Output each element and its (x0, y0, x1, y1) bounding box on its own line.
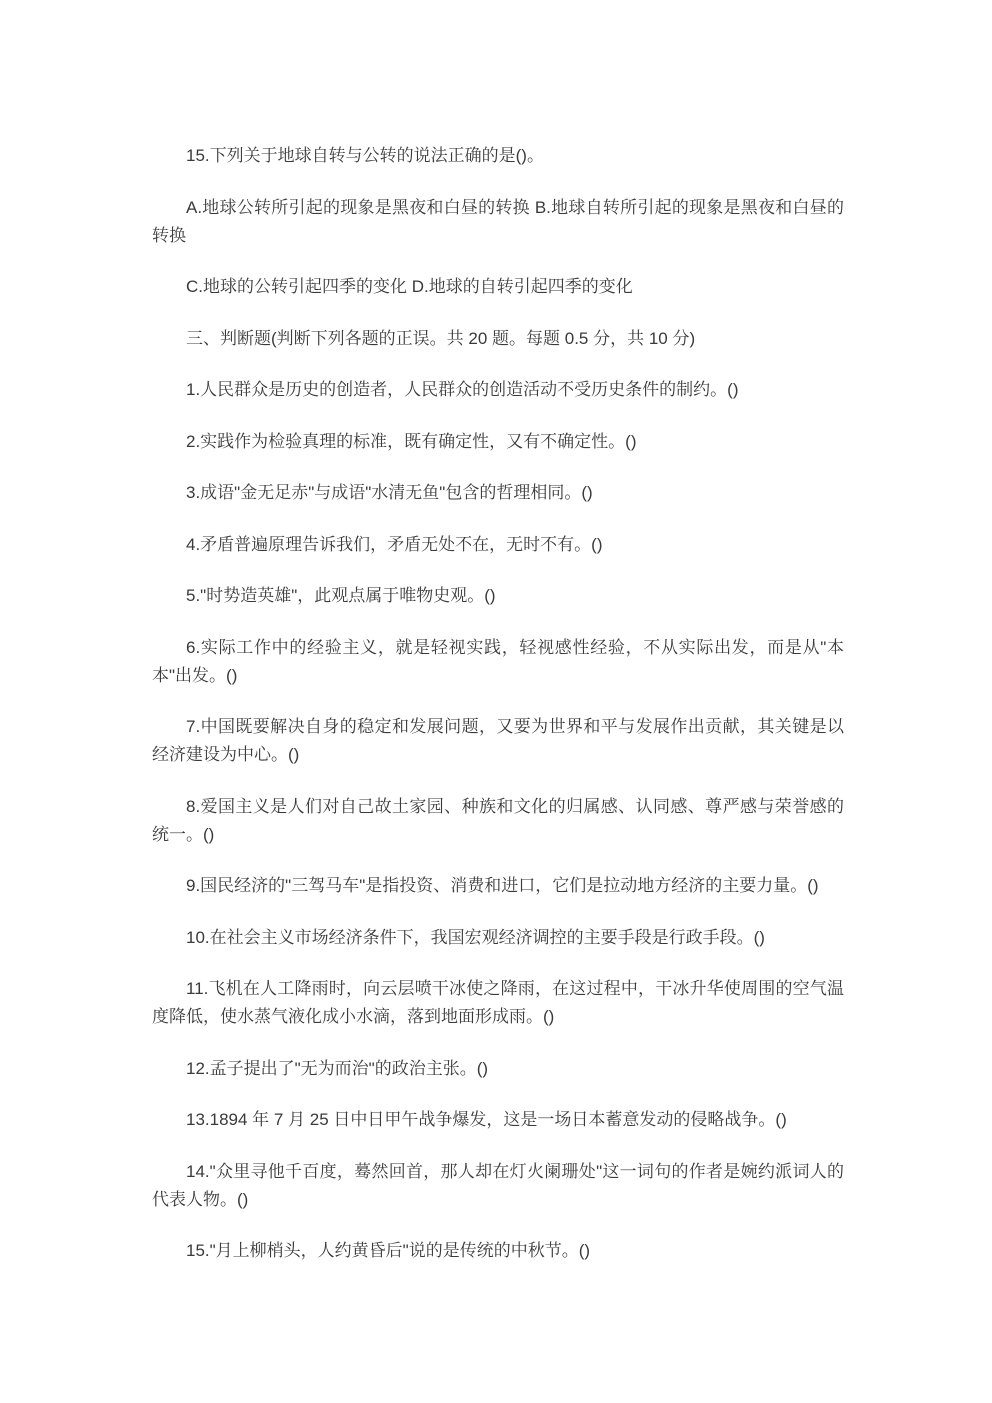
judgment-item-14: 14."众里寻他千百度，蓦然回首，那人却在灯火阑珊处"这一词句的作者是婉约派词人… (152, 1158, 844, 1214)
judgment-item-8: 8.爱国主义是人们对自己故土家园、种族和文化的归属感、认同感、尊严感与荣誉感的统… (152, 793, 844, 849)
mc-question-15-options-cd: C.地球的公转引起四季的变化 D.地球的自转引起四季的变化 (152, 273, 844, 301)
mc-question-15-stem: 15.下列关于地球自转与公转的说法正确的是()。 (152, 142, 844, 170)
judgment-item-2: 2.实践作为检验真理的标准，既有确定性，又有不确定性。() (152, 428, 844, 456)
document-page: 15.下列关于地球自转与公转的说法正确的是()。 A.地球公转所引起的现象是黑夜… (0, 0, 992, 1403)
mc-question-15-options-ab: A.地球公转所引起的现象是黑夜和白昼的转换 B.地球自转所引起的现象是黑夜和白昼… (152, 194, 844, 250)
judgment-item-6: 6.实际工作中的经验主义，就是轻视实践，轻视感性经验，不从实际出发，而是从"本本… (152, 634, 844, 690)
judgment-item-15: 15."月上柳梢头，人约黄昏后"说的是传统的中秋节。() (152, 1237, 844, 1265)
judgment-item-7: 7.中国既要解决自身的稳定和发展问题，又要为世界和平与发展作出贡献，其关键是以经… (152, 713, 844, 769)
judgment-item-11: 11.飞机在人工降雨时，向云层喷干冰使之降雨，在这过程中，干冰升华使周围的空气温… (152, 975, 844, 1031)
exam-text-block: 15.下列关于地球自转与公转的说法正确的是()。 A.地球公转所引起的现象是黑夜… (152, 142, 844, 1265)
judgment-item-3: 3.成语"金无足赤"与成语"水清无鱼"包含的哲理相同。() (152, 479, 844, 507)
section-heading-judgment: 三、判断题(判断下列各题的正误。共 20 题。每题 0.5 分，共 10 分) (152, 325, 844, 353)
judgment-item-5: 5."时势造英雄"，此观点属于唯物史观。() (152, 582, 844, 610)
judgment-item-4: 4.矛盾普遍原理告诉我们，矛盾无处不在，无时不有。() (152, 531, 844, 559)
judgment-item-12: 12.孟子提出了"无为而治"的政治主张。() (152, 1055, 844, 1083)
judgment-item-1: 1.人民群众是历史的创造者，人民群众的创造活动不受历史条件的制约。() (152, 376, 844, 404)
judgment-item-13: 13.1894 年 7 月 25 日中日甲午战争爆发，这是一场日本蓄意发动的侵略… (152, 1106, 844, 1134)
judgment-item-9: 9.国民经济的"三驾马车"是指投资、消费和进口，它们是拉动地方经济的主要力量。(… (152, 872, 844, 900)
judgment-item-10: 10.在社会主义市场经济条件下，我国宏观经济调控的主要手段是行政手段。() (152, 924, 844, 952)
